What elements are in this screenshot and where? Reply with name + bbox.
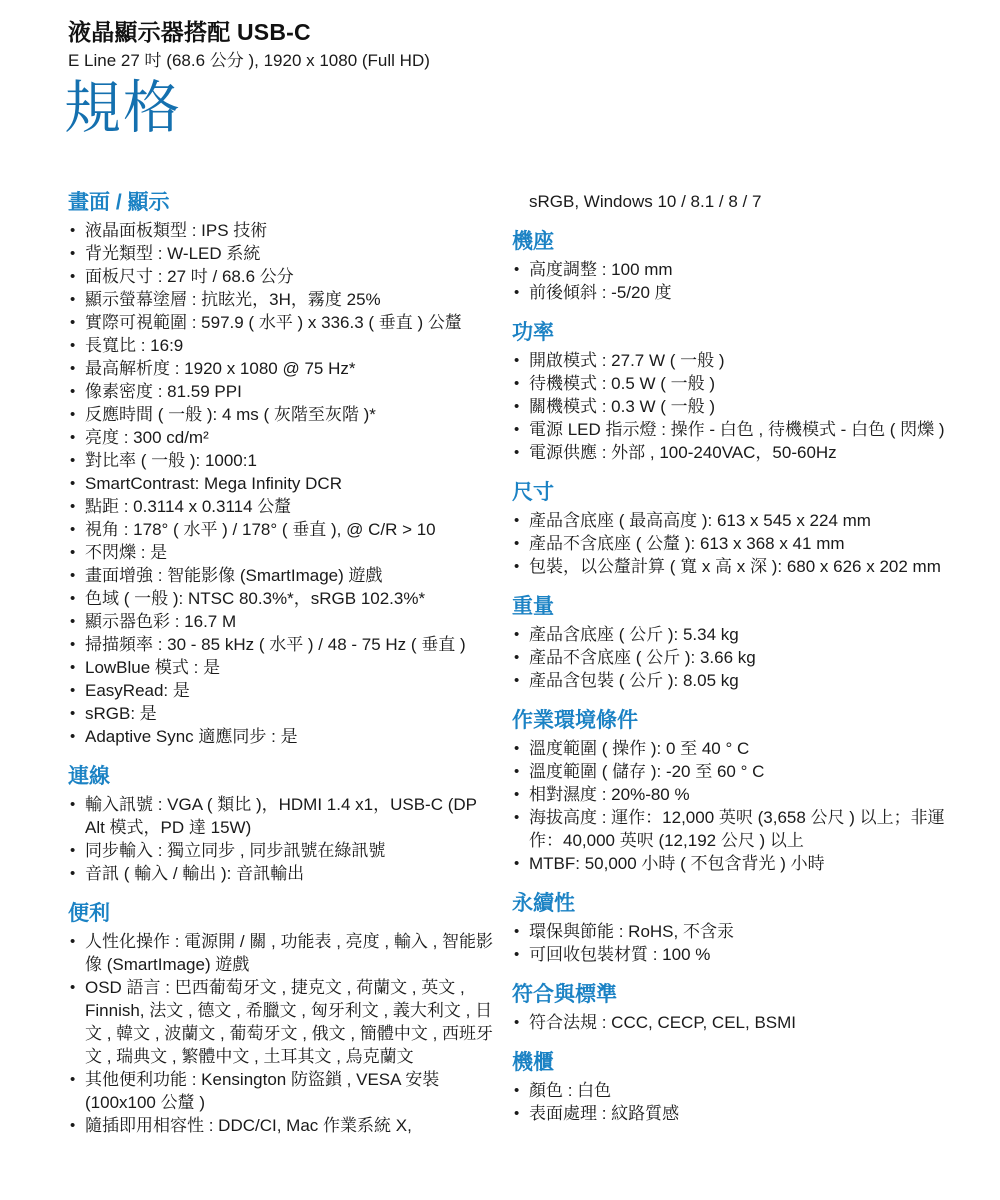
spec-item: 掃描頻率 : 30 - 85 kHz ( 水平 ) / 48 - 75 Hz (…	[68, 633, 496, 656]
spec-item: 關機模式 : 0.3 W ( 一般 )	[512, 395, 978, 418]
spec-item: 產品不含底座 ( 公斤 ): 3.66 kg	[512, 646, 978, 669]
spec-list: 符合法規 : CCC, CECP, CEL, BSMI	[512, 1011, 978, 1034]
spec-item: 顯示螢幕塗層 : 抗眩光，3H，霧度 25%	[68, 288, 496, 311]
doc-title: 液晶顯示器搭配 USB-C	[68, 14, 311, 47]
spec-item: 電源供應 : 外部 , 100-240VAC，50-60Hz	[512, 441, 978, 464]
spec-section-pnp-continuation: sRGB, Windows 10 / 8.1 / 8 / 7	[512, 190, 978, 213]
spec-item: 視角 : 178° ( 水平 ) / 178° ( 垂直 ), @ C/R > …	[68, 518, 496, 541]
spec-item: MTBF: 50,000 小時 ( 不包含背光 ) 小時	[512, 852, 978, 875]
section-header-compliance: 符合與標準	[512, 982, 978, 1008]
spec-list: 產品含底座 ( 最高高度 ): 613 x 545 x 224 mm產品不含底座…	[512, 509, 978, 578]
spec-item: 包裝，以公釐計算 ( 寬 x 高 x 深 ): 680 x 626 x 202 …	[512, 555, 978, 578]
spec-item: 待機模式 : 0.5 W ( 一般 )	[512, 372, 978, 395]
doc-subtitle: E Line 27 吋 (68.6 公分 ), 1920 x 1080 (Ful…	[68, 46, 430, 71]
spec-item: 產品含底座 ( 公斤 ): 5.34 kg	[512, 623, 978, 646]
spec-item: 相對濕度 : 20%-80 %	[512, 783, 978, 806]
spec-item: sRGB: 是	[68, 702, 496, 725]
spec-column-right: sRGB, Windows 10 / 8.1 / 8 / 7機座高度調整 : 1…	[512, 190, 978, 1125]
section-header-dimensions: 尺寸	[512, 480, 978, 506]
spec-item: SmartContrast: Mega Infinity DCR	[68, 472, 496, 495]
spec-item: 實際可視範圍 : 597.9 ( 水平 ) x 336.3 ( 垂直 ) 公釐	[68, 311, 496, 334]
spec-list: 產品含底座 ( 公斤 ): 5.34 kg產品不含底座 ( 公斤 ): 3.66…	[512, 623, 978, 692]
spec-item: OSD 語言 : 巴西葡萄牙文 , 捷克文 , 荷蘭文 , 英文 , Finni…	[68, 976, 496, 1068]
spec-item: 像素密度 : 81.59 PPI	[68, 380, 496, 403]
spec-section-dimensions: 尺寸產品含底座 ( 最高高度 ): 613 x 545 x 224 mm產品不含…	[512, 480, 978, 578]
section-header-operating-conditions: 作業環境條件	[512, 708, 978, 734]
spec-list: sRGB, Windows 10 / 8.1 / 8 / 7	[512, 190, 978, 213]
spec-item: 產品含底座 ( 最高高度 ): 613 x 545 x 224 mm	[512, 509, 978, 532]
spec-item: 長寬比 : 16:9	[68, 334, 496, 357]
section-header-convenience: 便利	[68, 901, 496, 927]
spec-item: 顏色 : 白色	[512, 1079, 978, 1102]
spec-section-sustainability: 永續性環保與節能 : RoHS, 不含汞可回收包裝材質 : 100 %	[512, 891, 978, 966]
spec-item: 表面處理 : 紋路質感	[512, 1102, 978, 1125]
spec-item: 對比率 ( 一般 ): 1000:1	[68, 449, 496, 472]
spec-item: 人性化操作 : 電源開 / 關 , 功能表 , 亮度 , 輸入 , 智能影像 (…	[68, 930, 496, 976]
spec-item: 面板尺寸 : 27 吋 / 68.6 公分	[68, 265, 496, 288]
spec-item: 畫面增強 : 智能影像 (SmartImage) 遊戲	[68, 564, 496, 587]
spec-item: 高度調整 : 100 mm	[512, 258, 978, 281]
spec-list: 開啟模式 : 27.7 W ( 一般 )待機模式 : 0.5 W ( 一般 )關…	[512, 349, 978, 464]
spec-item: 最高解析度 : 1920 x 1080 @ 75 Hz*	[68, 357, 496, 380]
spec-item: 音訊 ( 輸入 / 輸出 ): 音訊輸出	[68, 862, 496, 885]
spec-item: Adaptive Sync 適應同步 : 是	[68, 725, 496, 748]
spec-list: 液晶面板類型 : IPS 技術背光類型 : W-LED 系統面板尺寸 : 27 …	[68, 219, 496, 748]
spec-item: 前後傾斜 : -5/20 度	[512, 281, 978, 304]
spec-item: 產品不含底座 ( 公釐 ): 613 x 368 x 41 mm	[512, 532, 978, 555]
spec-section-convenience: 便利人性化操作 : 電源開 / 關 , 功能表 , 亮度 , 輸入 , 智能影像…	[68, 901, 496, 1137]
section-header-weight: 重量	[512, 594, 978, 620]
spec-item: 背光類型 : W-LED 系統	[68, 242, 496, 265]
section-header-connectivity: 連線	[68, 764, 496, 790]
section-header-power: 功率	[512, 320, 978, 346]
spec-column-left: 畫面 / 顯示液晶面板類型 : IPS 技術背光類型 : W-LED 系統面板尺…	[68, 190, 496, 1137]
spec-item: 開啟模式 : 27.7 W ( 一般 )	[512, 349, 978, 372]
spec-section-power: 功率開啟模式 : 27.7 W ( 一般 )待機模式 : 0.5 W ( 一般 …	[512, 320, 978, 464]
section-header-stand: 機座	[512, 229, 978, 255]
spec-item: 電源 LED 指示燈 : 操作 - 白色 , 待機模式 - 白色 ( 閃爍 )	[512, 418, 978, 441]
spec-section-stand: 機座高度調整 : 100 mm前後傾斜 : -5/20 度	[512, 229, 978, 304]
spec-item: 海拔高度 : 運作：12,000 英呎 (3,658 公尺 ) 以上；非運作：4…	[512, 806, 978, 852]
spec-item: EasyRead: 是	[68, 679, 496, 702]
spec-item: 反應時間 ( 一般 ): 4 ms ( 灰階至灰階 )*	[68, 403, 496, 426]
spec-item: 顯示器色彩 : 16.7 M	[68, 610, 496, 633]
spec-list: 溫度範圍 ( 操作 ): 0 至 40 ° C溫度範圍 ( 儲存 ): -20 …	[512, 737, 978, 875]
spec-list: 顏色 : 白色表面處理 : 紋路質感	[512, 1079, 978, 1125]
spec-section-weight: 重量產品含底座 ( 公斤 ): 5.34 kg產品不含底座 ( 公斤 ): 3.…	[512, 594, 978, 692]
spec-list: 輸入訊號 : VGA ( 類比 )，HDMI 1.4 x1，USB-C (DP …	[68, 793, 496, 885]
spec-section-connectivity: 連線輸入訊號 : VGA ( 類比 )，HDMI 1.4 x1，USB-C (D…	[68, 764, 496, 885]
spec-item: 產品含包裝 ( 公斤 ): 8.05 kg	[512, 669, 978, 692]
spec-section-compliance: 符合與標準符合法規 : CCC, CECP, CEL, BSMI	[512, 982, 978, 1034]
spec-item: 隨插即用相容性 : DDC/CI, Mac 作業系統 X,	[68, 1114, 496, 1137]
section-header-cabinet: 機櫃	[512, 1050, 978, 1076]
spec-item: LowBlue 模式 : 是	[68, 656, 496, 679]
spec-item: 可回收包裝材質 : 100 %	[512, 943, 978, 966]
spec-section-operating-conditions: 作業環境條件溫度範圍 ( 操作 ): 0 至 40 ° C溫度範圍 ( 儲存 )…	[512, 708, 978, 875]
spec-section-cabinet: 機櫃顏色 : 白色表面處理 : 紋路質感	[512, 1050, 978, 1125]
spec-item: 溫度範圍 ( 儲存 ): -20 至 60 ° C	[512, 760, 978, 783]
section-header-sustainability: 永續性	[512, 891, 978, 917]
spec-item: 色域 ( 一般 ): NTSC 80.3%*，sRGB 102.3%*	[68, 587, 496, 610]
spec-page: 液晶顯示器搭配 USB-C E Line 27 吋 (68.6 公分 ), 19…	[0, 0, 1000, 1200]
spec-item: 環保與節能 : RoHS, 不含汞	[512, 920, 978, 943]
spec-item: 同步輸入 : 獨立同步 , 同步訊號在綠訊號	[68, 839, 496, 862]
spec-list: 高度調整 : 100 mm前後傾斜 : -5/20 度	[512, 258, 978, 304]
spec-item: 符合法規 : CCC, CECP, CEL, BSMI	[512, 1011, 978, 1034]
spec-continuation-line: sRGB, Windows 10 / 8.1 / 8 / 7	[512, 190, 978, 213]
spec-item: 液晶面板類型 : IPS 技術	[68, 219, 496, 242]
spec-section-picture-display: 畫面 / 顯示液晶面板類型 : IPS 技術背光類型 : W-LED 系統面板尺…	[68, 190, 496, 748]
spec-item: 其他便利功能 : Kensington 防盜鎖 , VESA 安裝 (100x1…	[68, 1068, 496, 1114]
spec-item: 不閃爍 : 是	[68, 541, 496, 564]
spec-list: 環保與節能 : RoHS, 不含汞可回收包裝材質 : 100 %	[512, 920, 978, 966]
spec-list: 人性化操作 : 電源開 / 關 , 功能表 , 亮度 , 輸入 , 智能影像 (…	[68, 930, 496, 1137]
section-header-picture-display: 畫面 / 顯示	[68, 190, 496, 216]
spec-item: 點距 : 0.3114 x 0.3114 公釐	[68, 495, 496, 518]
spec-item: 亮度 : 300 cd/m²	[68, 426, 496, 449]
spec-item: 溫度範圍 ( 操作 ): 0 至 40 ° C	[512, 737, 978, 760]
spec-item: 輸入訊號 : VGA ( 類比 )，HDMI 1.4 x1，USB-C (DP …	[68, 793, 496, 839]
page-heading: 規格	[64, 76, 182, 142]
